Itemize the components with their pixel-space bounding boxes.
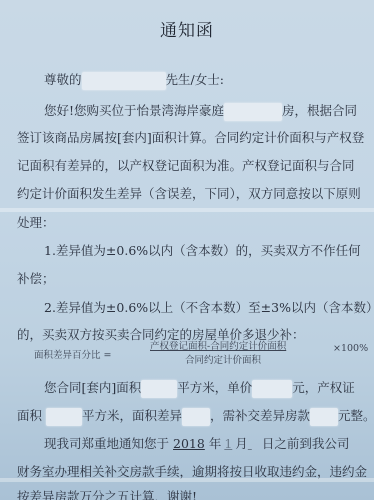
formula-label: 面积差异百分比 = bbox=[34, 347, 111, 361]
redacted-payment-amount bbox=[310, 408, 338, 426]
details-line1: 您合同[套内]面积平方米，单价元，产权证 bbox=[44, 378, 355, 398]
formula-denominator: 合同约定计价面积 bbox=[185, 352, 261, 366]
salutation-prefix: 尊敬的 bbox=[44, 72, 82, 87]
text: 面积 bbox=[17, 408, 42, 423]
para1-line4: 约定计价面积发生差异（含误差，下同），双方同意按以下原则 bbox=[17, 184, 361, 202]
text: 房，根据合同 bbox=[282, 103, 357, 118]
redacted-unit bbox=[224, 103, 282, 121]
text: 现我司郑重地通知您于 bbox=[44, 436, 169, 451]
details-line2: 面积平方米，面积差异，需补交差异房款元整。 bbox=[17, 406, 374, 426]
notice-month: 1 bbox=[221, 436, 235, 451]
text: 日之前到我公司 bbox=[262, 436, 350, 451]
formula-multiplier: ×100% bbox=[333, 343, 368, 354]
salutation-suffix: 先生/女士: bbox=[166, 72, 224, 87]
notice-line1: 现我司郑重地通知您于2018年1月 日之前到我公司 bbox=[44, 434, 349, 452]
notice-line3: 按差异房款万分之五计算，谢谢! bbox=[17, 487, 197, 500]
salutation: 尊敬的先生/女士: bbox=[44, 70, 224, 90]
para1-line1: 您好!您购买位于怡景湾海岸豪庭房，根据合同 bbox=[44, 101, 357, 121]
redacted-area-difference bbox=[182, 408, 210, 426]
text: 平方米，单价 bbox=[177, 380, 252, 395]
notice-document: 通知函 尊敬的先生/女士: 您好!您购买位于怡景湾海岸豪庭房，根据合同 签订该商… bbox=[0, 0, 374, 500]
text: 您好!您购买位于怡景湾海岸豪庭 bbox=[44, 103, 224, 118]
text: 平方米，面积差异 bbox=[82, 408, 182, 423]
text: 月 bbox=[235, 436, 248, 451]
para1-line2: 签订该商品房属按[套内]面积计算。合同约定计价面积与产权登 bbox=[17, 128, 364, 146]
redacted-name bbox=[82, 72, 166, 90]
text: 元，产权证 bbox=[292, 380, 355, 395]
paper-fold bbox=[0, 208, 374, 212]
redacted-certificate-area bbox=[46, 408, 82, 426]
text: 年 bbox=[209, 436, 222, 451]
document-title: 通知函 bbox=[0, 16, 374, 41]
text: ，需补交差异房款 bbox=[210, 408, 310, 423]
rule2-line1: 2.差异值为±0.6%以上（不含本数）至±3%以内（含本数） bbox=[44, 298, 374, 316]
text: 您合同[套内]面积 bbox=[44, 380, 141, 395]
para1-line5: 处理： bbox=[17, 213, 55, 231]
formula-numerator: 产权登记面积-合同约定计价面积 bbox=[150, 338, 286, 352]
para1-line3: 记面积有差异的，以产权登记面积为准。产权登记面积与合同 bbox=[17, 156, 355, 174]
rule1-line1: 1.差异值为±0.6%以内（含本数）的，买卖双方不作任何 bbox=[44, 241, 361, 259]
text: 元整。 bbox=[338, 408, 374, 423]
redacted-contract-area bbox=[141, 380, 177, 398]
notice-year: 2018 bbox=[169, 436, 209, 451]
redacted-day bbox=[248, 436, 262, 451]
rule1-line2: 补偿； bbox=[17, 269, 55, 287]
redacted-unit-price bbox=[252, 380, 292, 398]
paper-fold bbox=[0, 478, 374, 482]
